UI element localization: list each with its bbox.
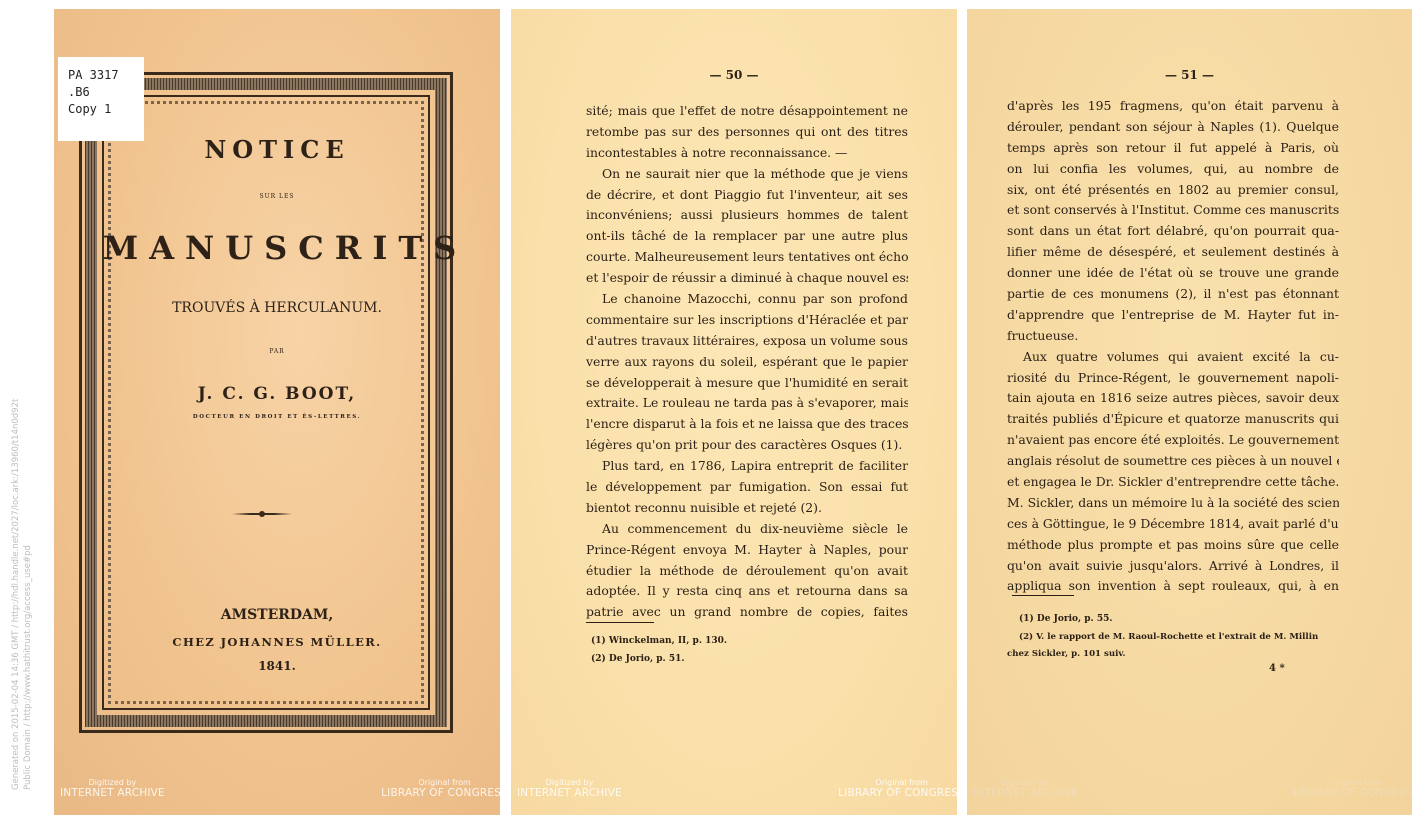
- watermark-line-1: Generated on 2015-02-04 14:36 GMT / http…: [10, 399, 22, 790]
- text-line: commentaire sur les inscriptions d'Hérac…: [586, 310, 908, 331]
- text-line: Le chanoine Mazocchi, connu par son prof…: [586, 289, 908, 310]
- text-line: et l'espoir de réussir a diminué à chaqu…: [586, 268, 908, 289]
- digitized-by-mark: Digitized by INTERNET ARCHIVE: [517, 778, 622, 799]
- text-line: ces à Göttingue, le 9 Décembre 1814, ava…: [1007, 514, 1339, 535]
- text-line: le développement par fumigation. Son ess…: [586, 477, 908, 498]
- text-line: d'autres travaux littéraires, exposa un …: [586, 331, 908, 352]
- text-line: ont-ils tâché de la remplacer par une au…: [586, 226, 908, 247]
- text-line: M. Sickler, dans un mémoire lu à la soci…: [1007, 493, 1339, 514]
- text-line: patrie avec un grand nombre de copies, f…: [586, 602, 908, 623]
- cover-par: PAR: [54, 348, 500, 355]
- signature-mark: 4 *: [1269, 663, 1285, 674]
- text-line: Au commencement du dix-neuvième siècle l…: [586, 519, 908, 540]
- call-number-label: PA 3317 .B6 Copy 1: [58, 57, 144, 141]
- footnote-2: (2) V. le rapport de M. Raoul-Rochette e…: [1019, 629, 1318, 646]
- text-line: incontestables à notre reconnaissance. —: [586, 143, 908, 164]
- text-line: qu'on avait suivie jusqu'alors. Arrivé à…: [1007, 556, 1339, 577]
- text-line: on lui confia les volumes, qui, au nombr…: [1007, 159, 1339, 180]
- text-line: partie de ces monumens (2), il n'est pas…: [1007, 284, 1339, 305]
- call-number-line-1: PA 3317: [68, 67, 144, 84]
- text-line: six, ont été présentés en 1802 au premie…: [1007, 180, 1339, 201]
- text-line: méthode plus prompte et pas moins sûre q…: [1007, 535, 1339, 556]
- watermark-line-2: Public Domain / http://www.hathitrust.or…: [22, 399, 34, 790]
- footnote-rule: [586, 622, 654, 623]
- footnote-2: (2) De Jorio, p. 51.: [591, 651, 685, 668]
- cover-title-main: MANUSCRITS: [54, 229, 500, 267]
- footnote-1: (1) De Jorio, p. 55.: [1019, 611, 1113, 628]
- cover-page: PA 3317 .B6 Copy 1 NOTICE SUR LES MANUSC…: [54, 9, 500, 815]
- text-line: On ne saurait nier que la méthode que je…: [586, 164, 908, 185]
- digitized-by-mark: Digitized by INTERNET ARCHIVE: [973, 778, 1078, 799]
- text-line: d'après les 195 fragmens, qu'on était pa…: [1007, 96, 1339, 117]
- text-line: n'avaient pas encore été exploités. Le g…: [1007, 430, 1339, 451]
- text-line: Prince-Régent envoya M. Hayter à Naples,…: [586, 540, 908, 561]
- text-line: de décrire, et dont Piaggio fut l'invent…: [586, 185, 908, 206]
- text-line: lifier même de désespéré, et seulement d…: [1007, 242, 1339, 263]
- text-line: bientot reconnu nuisible et rejeté (2).: [586, 498, 908, 519]
- text-line: et sont conservés à l'Institut. Comme ce…: [1007, 200, 1339, 221]
- text-line: courte. Malheureusement leurs tentatives…: [586, 247, 908, 268]
- text-line: d'apprendre que l'entreprise de M. Hayte…: [1007, 305, 1339, 326]
- page-number: — 50 —: [511, 68, 957, 82]
- text-line: verre aux rayons du soleil, espérant que…: [586, 352, 908, 373]
- footnote-2-cont: chez Sickler, p. 101 suiv.: [1007, 646, 1126, 663]
- text-line: tain ajouta en 1816 seize autres pièces,…: [1007, 388, 1339, 409]
- text-line: légères qu'on prit pour des caractères O…: [586, 435, 908, 456]
- text-line: sont dans un état fort délabré, qu'on po…: [1007, 221, 1339, 242]
- text-line: se développerait à mesure que l'humidité…: [586, 373, 908, 394]
- page-body: sité; mais que l'effet de notre désappoi…: [586, 101, 908, 623]
- text-line: étudier la méthode de déroulement qu'on …: [586, 561, 908, 582]
- text-line: traités publiés d'Épicure et quatorze ma…: [1007, 409, 1339, 430]
- text-line: l'encre disparut à la fois et ne laissa …: [586, 414, 908, 435]
- text-line: fructueuse.: [1007, 326, 1339, 347]
- text-line: sité; mais que l'effet de notre désappoi…: [586, 101, 908, 122]
- text-line: retombe pas sur des personnes qui ont de…: [586, 122, 908, 143]
- original-from-mark: Original from LIBRARY OF CONGRESS: [838, 778, 957, 799]
- cover-subtitle: TROUVÉS À HERCULANUM.: [54, 300, 500, 316]
- page-51: — 51 — d'après les 195 fragmens, qu'on é…: [967, 9, 1412, 815]
- cover-place: AMSTERDAM,: [54, 607, 500, 623]
- cover-publisher: CHEZ JOHANNES MÜLLER.: [54, 635, 500, 649]
- hathitrust-watermark: Generated on 2015-02-04 14:36 GMT / http…: [10, 399, 34, 790]
- text-line: dérouler, pendant son séjour à Naples (1…: [1007, 117, 1339, 138]
- cover-sur-les: SUR LES: [54, 193, 500, 200]
- page-50: — 50 — sité; mais que l'effet de notre d…: [511, 9, 957, 815]
- text-line: adoptée. Il y resta cinq ans et retourna…: [586, 581, 908, 602]
- call-number-line-3: Copy 1: [68, 101, 144, 118]
- text-line: extraite. Le rouleau ne tarda pas à s'ev…: [586, 393, 908, 414]
- text-line: anglais résolut de soumettre ces pièces …: [1007, 451, 1339, 472]
- call-number-line-2: .B6: [68, 84, 144, 101]
- text-line: temps après son retour il fut appelé à P…: [1007, 138, 1339, 159]
- text-line: Plus tard, en 1786, Lapira entreprit de …: [586, 456, 908, 477]
- text-line: et engagea le Dr. Sickler d'entreprendre…: [1007, 472, 1339, 493]
- ornament-icon: [232, 513, 292, 515]
- cover-author: J. C. G. BOOT,: [54, 384, 500, 404]
- text-line: riosité du Prince-Régent, le gouvernemen…: [1007, 368, 1339, 389]
- text-line: inconvéniens; aussi plusieurs hommes de …: [586, 205, 908, 226]
- footnote-1: (1) Winckelman, II, p. 130.: [591, 633, 727, 650]
- digitized-by-mark: Digitized by INTERNET ARCHIVE: [60, 778, 165, 799]
- footnote-rule: [1012, 595, 1074, 596]
- page-body: d'après les 195 fragmens, qu'on était pa…: [1007, 96, 1339, 597]
- cover-author-title: DOCTEUR EN DROIT ET ÈS-LETTRES.: [54, 414, 500, 420]
- page-number: — 51 —: [967, 68, 1412, 82]
- original-from-mark: Original from LIBRARY OF CONGRESS: [1293, 778, 1412, 799]
- original-from-mark: Original from LIBRARY OF CONGRESS: [381, 778, 500, 799]
- text-line: Aux quatre volumes qui avaient excité la…: [1007, 347, 1339, 368]
- cover-year: 1841.: [54, 659, 500, 673]
- text-line: donner une idée de l'état où se trouve u…: [1007, 263, 1339, 284]
